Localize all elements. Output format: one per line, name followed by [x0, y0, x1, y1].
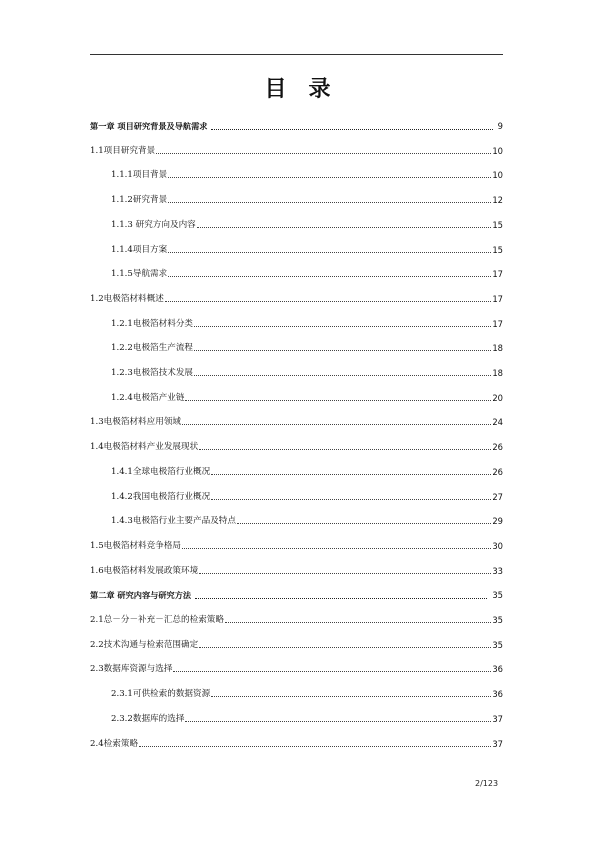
- toc-entry-page: 35: [492, 639, 503, 651]
- dot-leader: [197, 227, 492, 228]
- toc-entry-label: 1.2.3电极箔技术发展: [111, 367, 193, 379]
- dot-leader: [168, 252, 491, 253]
- page-number: 2/123: [475, 779, 498, 788]
- toc-entry-page: 15: [492, 219, 503, 231]
- toc-entry[interactable]: 1.1.4项目方案15: [90, 240, 503, 256]
- dot-leader: [194, 326, 491, 327]
- toc-entry-label: 1.1.4项目方案: [111, 244, 167, 256]
- toc-entry-label: 1.2.2电极箔生产流程: [111, 342, 193, 354]
- dot-leader: [199, 573, 491, 574]
- toc-entry-page: 26: [492, 466, 503, 478]
- toc-entry[interactable]: 1.6电极箔材料发展政策环境33: [90, 561, 503, 577]
- dot-leader: [185, 400, 491, 401]
- toc-entry-page: 20: [492, 392, 503, 404]
- toc-entry[interactable]: 2.3.2数据库的选择37: [90, 709, 503, 725]
- dot-leader: [165, 301, 492, 302]
- dot-leader: [237, 523, 491, 524]
- toc-entry-page: 27: [492, 491, 503, 503]
- toc-entry-page: 36: [492, 663, 503, 675]
- toc-entry-label: 1.3电极箔材料应用领域: [90, 416, 181, 428]
- toc-entry-page: 10: [492, 169, 503, 181]
- dot-leader: [194, 375, 491, 376]
- toc-entry-label: 1.2.4电极箔产业链: [111, 392, 184, 404]
- toc-chapter-entry[interactable]: 第一章 项目研究背景及导航需求9: [90, 116, 503, 132]
- dot-leader: [139, 746, 491, 747]
- dot-leader: [182, 424, 491, 425]
- toc-entry-page: 37: [492, 713, 503, 725]
- toc-entry[interactable]: 2.2技术沟通与检索范围确定35: [90, 635, 503, 651]
- toc-entry-label: 1.1项目研究背景: [90, 145, 155, 157]
- toc-chapter-entry[interactable]: 第二章 研究内容与研究方法35: [90, 585, 503, 601]
- toc-entry-page: 15: [492, 244, 503, 256]
- toc-entry-label: 1.5电极箔材料竞争格局: [90, 540, 181, 552]
- toc-entry-label: 1.2电极箔材料概述: [90, 293, 164, 305]
- toc-entry-label: 1.2.1电极箔材料分类: [111, 318, 193, 330]
- toc-entry[interactable]: 1.4.2我国电极箔行业概况27: [90, 487, 503, 503]
- toc-entry[interactable]: 1.4.3电极箔行业主要产品及特点29: [90, 511, 503, 527]
- toc-entry-page: 26: [492, 441, 503, 453]
- toc-entry[interactable]: 1.5电极箔材料竞争格局30: [90, 536, 503, 552]
- toc-entry[interactable]: 1.2电极箔材料概述17: [90, 289, 503, 305]
- toc-entry-page: 33: [492, 565, 503, 577]
- toc-entry-label: 1.4.2我国电极箔行业概况: [111, 491, 210, 503]
- toc-entry-label: 2.2技术沟通与检索范围确定: [90, 639, 198, 651]
- toc-entry-label: 第二章 研究内容与研究方法: [90, 589, 191, 601]
- toc-entry-label: 第一章 项目研究背景及导航需求: [90, 120, 207, 132]
- dot-leader: [194, 350, 491, 351]
- toc-entry-page: 29: [492, 515, 503, 527]
- dot-leader: [211, 129, 492, 130]
- toc-entry-label: 2.3数据库资源与选择: [90, 663, 172, 675]
- toc-entry-page: 10: [492, 145, 503, 157]
- toc-entry[interactable]: 1.1.3 研究方向及内容15: [90, 215, 503, 231]
- dot-leader: [173, 671, 491, 672]
- toc-entry[interactable]: 1.4电极箔材料产业发展现状26: [90, 437, 503, 453]
- toc-entry[interactable]: 1.2.1电极箔材料分类17: [90, 314, 503, 330]
- toc-entry[interactable]: 2.1总－分－补充－汇总的检索策略35: [90, 610, 503, 626]
- toc-entry[interactable]: 1.1.2研究背景12: [90, 190, 503, 206]
- dot-leader: [199, 647, 491, 648]
- toc-entry-label: 1.1.5导航需求: [111, 268, 167, 280]
- dot-leader: [182, 548, 491, 549]
- dot-leader: [168, 202, 491, 203]
- toc-entry-page: 9: [498, 120, 503, 132]
- toc-entry-page: 17: [492, 318, 503, 330]
- toc-entry-page: 36: [492, 688, 503, 700]
- toc-entry-label: 1.4.1全球电极箔行业概况: [111, 466, 210, 478]
- toc-entry-page: 24: [492, 416, 503, 428]
- toc-entry-label: 2.3.1可供检索的数据资源: [111, 688, 210, 700]
- dot-leader: [168, 177, 491, 178]
- toc-entry-page: 18: [492, 342, 503, 354]
- toc-entry[interactable]: 2.4检索策略37: [90, 734, 503, 750]
- dot-leader: [185, 721, 491, 722]
- toc-entry[interactable]: 2.3数据库资源与选择36: [90, 659, 503, 675]
- dot-leader: [195, 598, 487, 599]
- dot-leader: [199, 449, 491, 450]
- toc-entry-page: 30: [492, 540, 503, 552]
- toc-entry[interactable]: 1.1.5导航需求17: [90, 264, 503, 280]
- toc-entry[interactable]: 1.1.1项目背景10: [90, 165, 503, 181]
- page-title: 目录: [0, 72, 595, 103]
- toc-entry-page: 35: [492, 614, 503, 626]
- toc-entry[interactable]: 1.3电极箔材料应用领域24: [90, 412, 503, 428]
- toc-entry[interactable]: 1.2.3电极箔技术发展18: [90, 363, 503, 379]
- toc-entry-page: 17: [492, 268, 503, 280]
- toc-entry[interactable]: 1.1项目研究背景10: [90, 141, 503, 157]
- dot-leader: [156, 153, 491, 154]
- toc-entry-label: 2.4检索策略: [90, 738, 138, 750]
- toc-entry[interactable]: 1.4.1全球电极箔行业概况26: [90, 462, 503, 478]
- toc-entry-label: 1.1.3 研究方向及内容: [111, 219, 196, 231]
- dot-leader: [211, 696, 491, 697]
- dot-leader: [225, 622, 491, 623]
- dot-leader: [211, 499, 491, 500]
- toc-entry-label: 1.4.3电极箔行业主要产品及特点: [111, 515, 236, 527]
- toc-entry[interactable]: 2.3.1可供检索的数据资源36: [90, 684, 503, 700]
- toc-entry-label: 2.3.2数据库的选择: [111, 713, 184, 725]
- toc-entry[interactable]: 1.2.2电极箔生产流程18: [90, 338, 503, 354]
- dot-leader: [211, 474, 491, 475]
- toc-entry[interactable]: 1.2.4电极箔产业链20: [90, 388, 503, 404]
- toc-entry-page: 17: [492, 293, 503, 305]
- toc-entry-label: 2.1总－分－补充－汇总的检索策略: [90, 614, 224, 626]
- toc-entry-page: 18: [492, 367, 503, 379]
- toc-entry-page: 37: [492, 738, 503, 750]
- toc-entry-page: 12: [492, 194, 503, 206]
- toc-entry-label: 1.6电极箔材料发展政策环境: [90, 565, 198, 577]
- dot-leader: [168, 276, 491, 277]
- toc-entry-label: 1.4电极箔材料产业发展现状: [90, 441, 198, 453]
- toc-entry-label: 1.1.1项目背景: [111, 169, 167, 181]
- toc-entry-page: 35: [492, 589, 503, 601]
- header-rule: [90, 54, 503, 55]
- toc-entry-label: 1.1.2研究背景: [111, 194, 167, 206]
